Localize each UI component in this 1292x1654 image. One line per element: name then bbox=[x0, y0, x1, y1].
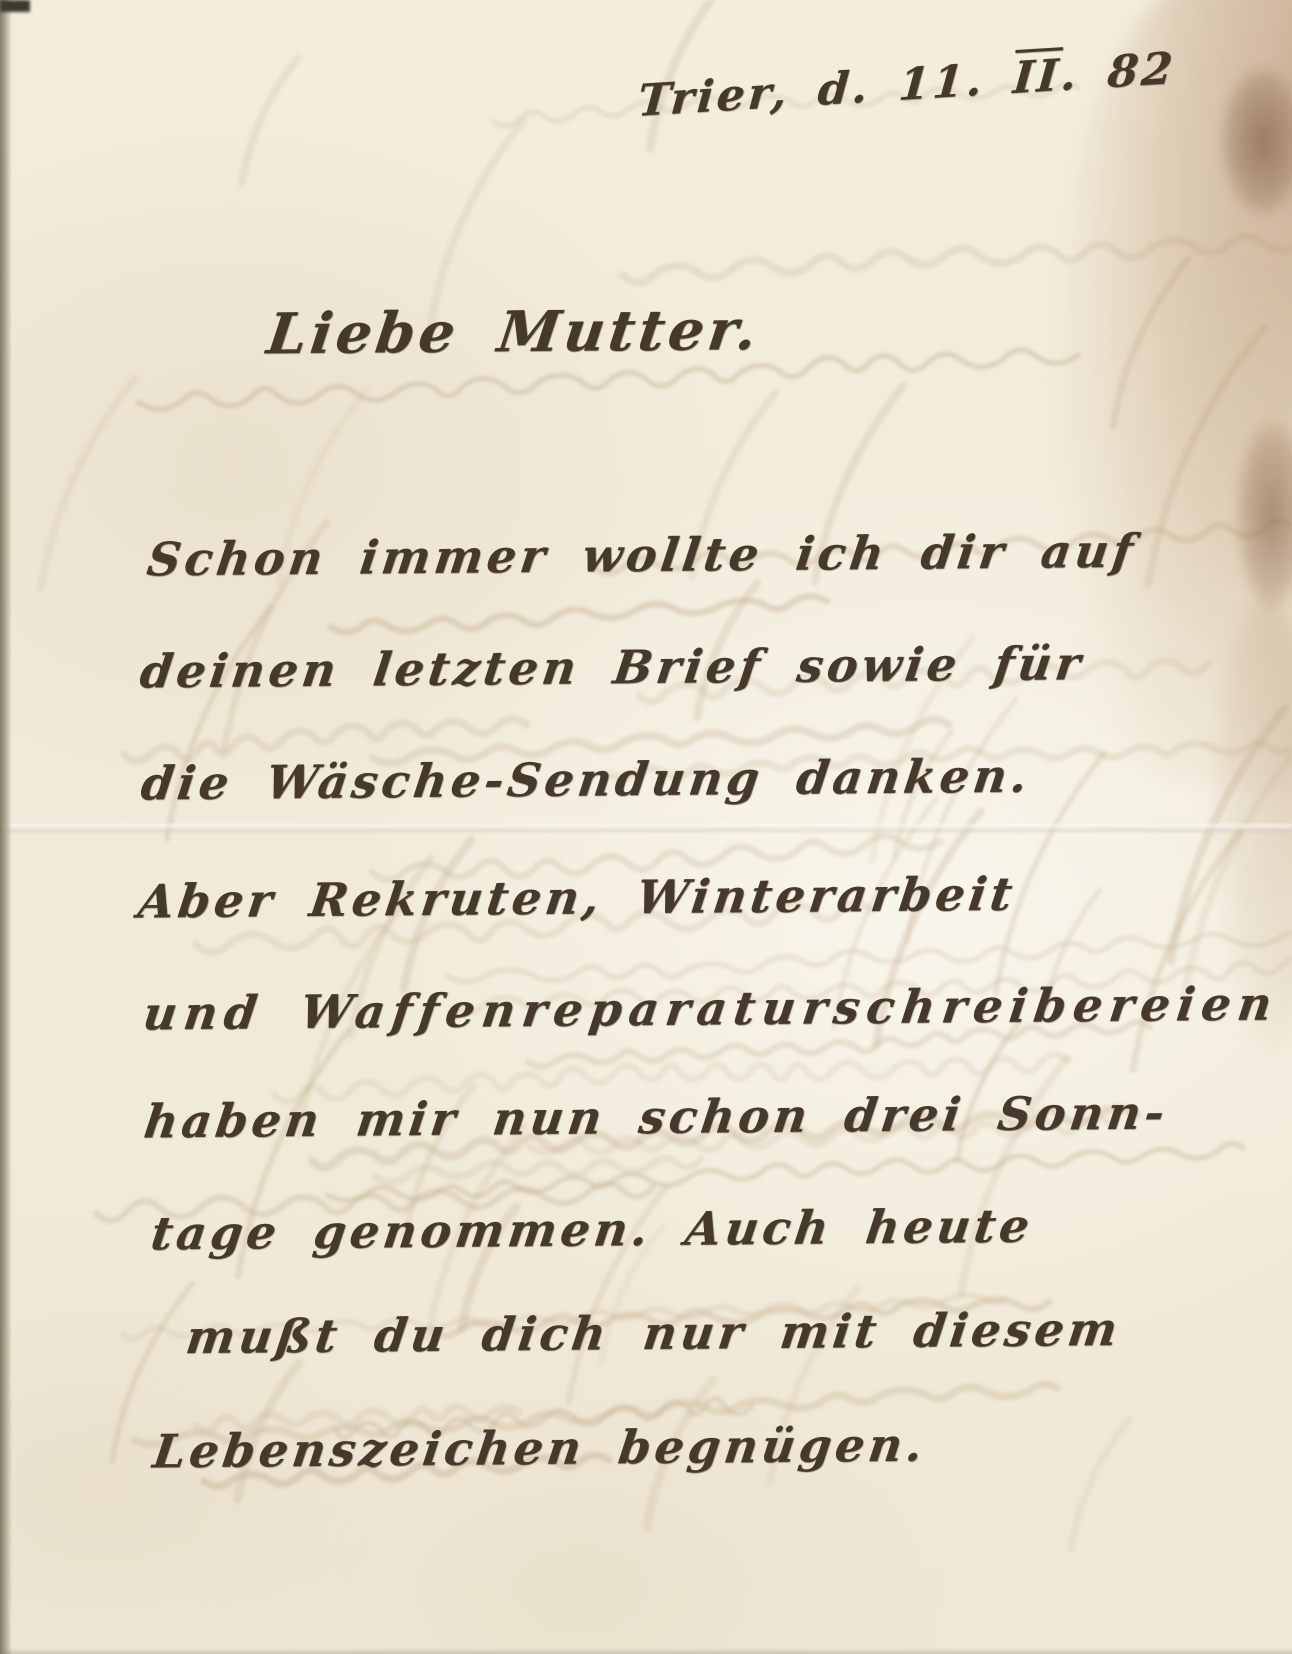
body-line: Lebenszeichen begnügen. bbox=[150, 1418, 930, 1479]
body-line: haben mir nun schon drei Sonn- bbox=[141, 1085, 1172, 1148]
body-line: deinen letzten Brief sowie für bbox=[137, 636, 1087, 698]
scan-corner-notch bbox=[0, 0, 30, 12]
letter-scan-page: Trier, d. 11. II. 82 Liebe Mutter. Schon… bbox=[0, 0, 1292, 1654]
body-line: tage genommen. Auch heute bbox=[148, 1199, 1037, 1261]
body-line: Schon immer wollte ich dir auf bbox=[144, 524, 1140, 587]
body-line: und Waffenreparaturschreibereien bbox=[140, 976, 1282, 1040]
body-line: Aber Rekruten, Winterarbeit bbox=[135, 867, 1019, 929]
body-line: mußt du dich nur mit diesem bbox=[183, 1302, 1124, 1364]
handwriting-layer: Trier, d. 11. II. 82 Liebe Mutter. Schon… bbox=[0, 0, 1292, 1654]
letter-body: Schon immer wollte ich dir auf deinen le… bbox=[0, 0, 1292, 1654]
body-line: die Wäsche-Sendung danken. bbox=[138, 749, 1034, 811]
scan-edge-bottom bbox=[0, 1648, 1292, 1654]
scan-edge-left bbox=[0, 0, 12, 1654]
